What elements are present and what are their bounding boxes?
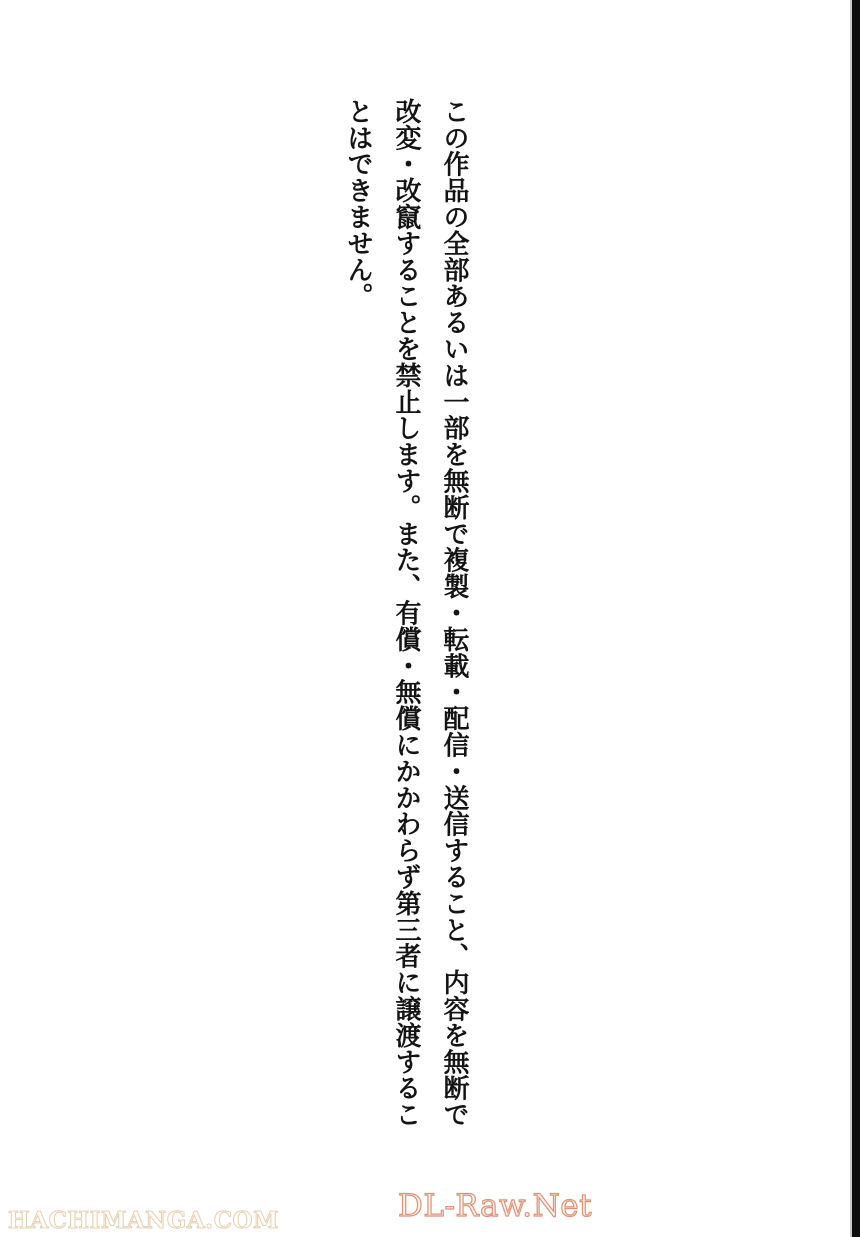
scanned-manga-page: この作品の全部あるいは一部を無断で複製・転載・配信・送信すること、内容を無断で … — [0, 0, 860, 1237]
watermark-dl-raw: DL-Raw.Net — [398, 1188, 592, 1224]
watermark-hachimanga: HACHIMANGA.COM — [8, 1207, 279, 1234]
notice-column-1: この作品の全部あるいは一部を無断で複製・転載・配信・送信すること、内容を無断で — [430, 98, 478, 1138]
notice-column-3: とはできません。 — [334, 98, 382, 1138]
scan-edge-right — [850, 0, 860, 1237]
notice-column-2: 改変・改竄することを禁止します。また、有償・無償にかかわらず第三者に譲渡するこ — [382, 98, 430, 1138]
copyright-notice: この作品の全部あるいは一部を無断で複製・転載・配信・送信すること、内容を無断で … — [334, 98, 478, 1138]
